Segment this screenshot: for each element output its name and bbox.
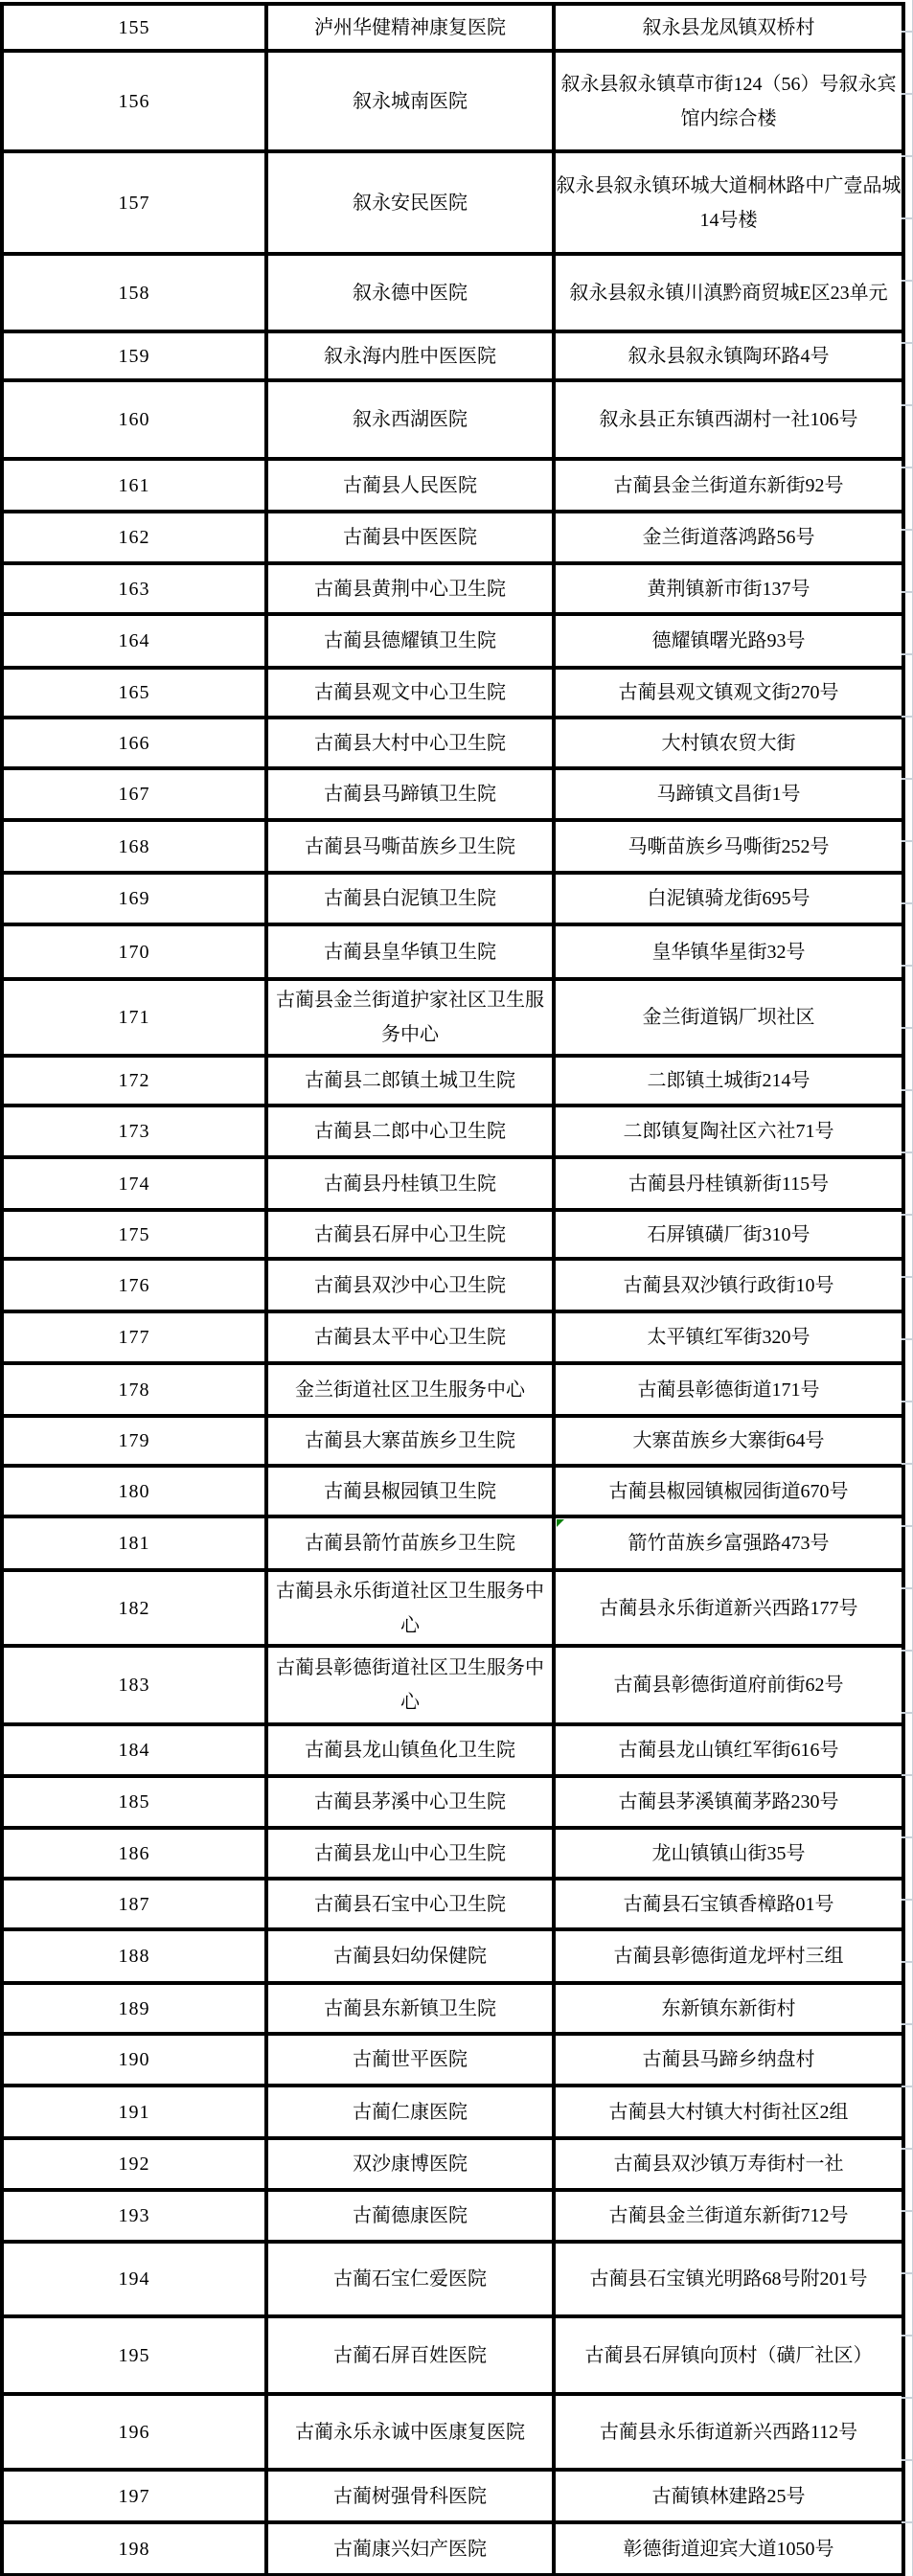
row-number-cell: 171 [2, 979, 266, 1056]
hospital-name-cell: 双沙康博医院 [266, 2138, 554, 2190]
row-number-cell: 193 [2, 2190, 266, 2242]
row-number-cell: 195 [2, 2316, 266, 2394]
hospital-table-body: 155 泸州华健精神康复医院 叙永县龙凤镇双桥村 156 叙永城南医院 叙永县叙… [2, 4, 903, 2575]
row-number-cell: 186 [2, 1828, 266, 1879]
hospital-address-cell: 德耀镇曙光路93号 [554, 614, 903, 668]
hospital-address-cell: 叙永县叙永镇川滇黔商贸城E区23单元 [554, 254, 903, 331]
row-number-cell: 158 [2, 254, 266, 331]
table-row: 195 古蔺石屏百姓医院 古蔺县石屏镇向顶村（磺厂社区） [2, 2316, 903, 2394]
hospital-address-cell: 东新镇东新街村 [554, 1983, 903, 2034]
hospital-address-cell: 古蔺县龙山镇红军街616号 [554, 1724, 903, 1776]
row-number-cell: 192 [2, 2138, 266, 2190]
row-number-cell: 170 [2, 924, 266, 979]
row-number-cell: 164 [2, 614, 266, 668]
table-row: 156 叙永城南医院 叙永县叙永镇草市街124（56）号叙永宾馆内综合楼 [2, 51, 903, 151]
row-number-cell: 165 [2, 668, 266, 718]
table-row: 171 古蔺县金兰街道护家社区卫生服务中心 金兰街道锅厂坝社区 [2, 979, 903, 1056]
row-number-cell: 177 [2, 1311, 266, 1363]
row-number-cell: 185 [2, 1776, 266, 1828]
table-row: 194 古蔺石宝仁爱医院 古蔺县石宝镇光明路68号附201号 [2, 2242, 903, 2316]
hospital-address-cell: 古蔺县石屏镇向顶村（磺厂社区） [554, 2316, 903, 2394]
table-row: 158 叙永德中医院 叙永县叙永镇川滇黔商贸城E区23单元 [2, 254, 903, 331]
hospital-address-cell: 二郎镇土城街214号 [554, 1056, 903, 1106]
hospital-name-cell: 古蔺县石宝中心卫生院 [266, 1879, 554, 1929]
table-row: 161 古蔺县人民医院 古蔺县金兰街道东新街92号 [2, 459, 903, 512]
hospital-address-cell: 叙永县叙永镇陶环路4号 [554, 331, 903, 380]
table-row: 162 古蔺县中医医院 金兰街道落鸿路56号 [2, 512, 903, 563]
hospital-address-cell: 古蔺县永乐街道新兴西路177号 [554, 1570, 903, 1646]
hospital-name-cell: 古蔺县龙山中心卫生院 [266, 1828, 554, 1879]
table-row: 191 古蔺仁康医院 古蔺县大村镇大村街社区2组 [2, 2086, 903, 2138]
row-number-cell: 155 [2, 4, 266, 51]
table-row: 177 古蔺县太平中心卫生院 太平镇红军街320号 [2, 1311, 903, 1363]
hospital-name-cell: 古蔺永乐永诚中医康复医院 [266, 2394, 554, 2470]
hospital-name-cell: 古蔺世平医院 [266, 2034, 554, 2086]
table-row: 170 古蔺县皇华镇卫生院 皇华镇华星街32号 [2, 924, 903, 979]
hospital-address-cell: 古蔺县石宝镇香樟路01号 [554, 1879, 903, 1929]
hospital-address-cell: 叙永县叙永镇草市街124（56）号叙永宾馆内综合楼 [554, 51, 903, 151]
row-number-cell: 176 [2, 1259, 266, 1311]
row-number-cell: 173 [2, 1106, 266, 1157]
hospital-name-cell: 古蔺石宝仁爱医院 [266, 2242, 554, 2316]
hospital-address-cell: 大寨苗族乡大寨街64号 [554, 1416, 903, 1466]
table-row: 190 古蔺世平医院 古蔺县马蹄乡纳盘村 [2, 2034, 903, 2086]
hospital-address-cell: 龙山镇镇山街35号 [554, 1828, 903, 1879]
row-number-cell: 178 [2, 1363, 266, 1416]
row-number-cell: 183 [2, 1646, 266, 1724]
hospital-name-cell: 叙永西湖医院 [266, 380, 554, 459]
table-row: 159 叙永海内胜中医医院 叙永县叙永镇陶环路4号 [2, 331, 903, 380]
row-number-cell: 156 [2, 51, 266, 151]
hospital-address-cell: 叙永县叙永镇环城大道桐林路中广壹品城14号楼 [554, 151, 903, 254]
row-number-cell: 163 [2, 563, 266, 614]
hospital-name-cell: 古蔺县茅溪中心卫生院 [266, 1776, 554, 1828]
row-number-cell: 159 [2, 331, 266, 380]
hospital-name-cell: 古蔺县东新镇卫生院 [266, 1983, 554, 2034]
table-row: 175 古蔺县石屏中心卫生院 石屏镇磺厂街310号 [2, 1210, 903, 1259]
table-row: 176 古蔺县双沙中心卫生院 古蔺县双沙镇行政街10号 [2, 1259, 903, 1311]
row-number-cell: 190 [2, 2034, 266, 2086]
table-row: 188 古蔺县妇幼保健院 古蔺县彰德街道龙坪村三组 [2, 1929, 903, 1983]
hospital-name-cell: 古蔺县马蹄镇卫生院 [266, 768, 554, 820]
row-number-cell: 188 [2, 1929, 266, 1983]
hospital-address-cell: 古蔺县马蹄乡纳盘村 [554, 2034, 903, 2086]
hospital-address-cell: 叙永县正东镇西湖村一社106号 [554, 380, 903, 459]
table-row: 193 古蔺德康医院 古蔺县金兰街道东新街712号 [2, 2190, 903, 2242]
row-number-cell: 172 [2, 1056, 266, 1106]
row-number-cell: 169 [2, 873, 266, 924]
table-row: 198 古蔺康兴妇产医院 彰德街道迎宾大道1050号 [2, 2522, 903, 2575]
row-number-cell: 184 [2, 1724, 266, 1776]
hospital-name-cell: 泸州华健精神康复医院 [266, 4, 554, 51]
table-row: 192 双沙康博医院 古蔺县双沙镇万寿街村一社 [2, 2138, 903, 2190]
hospital-address-cell: 黄荆镇新市街137号 [554, 563, 903, 614]
hospital-name-cell: 古蔺县德耀镇卫生院 [266, 614, 554, 668]
hospital-name-cell: 古蔺县椒园镇卫生院 [266, 1466, 554, 1516]
table-row: 182 古蔺县永乐街道社区卫生服务中心 古蔺县永乐街道新兴西路177号 [2, 1570, 903, 1646]
hospital-address-cell: 古蔺县金兰街道东新街92号 [554, 459, 903, 512]
row-number-cell: 182 [2, 1570, 266, 1646]
table-row: 185 古蔺县茅溪中心卫生院 古蔺县茅溪镇蔺茅路230号 [2, 1776, 903, 1828]
hospital-name-cell: 古蔺县白泥镇卫生院 [266, 873, 554, 924]
row-number-cell: 194 [2, 2242, 266, 2316]
hospital-address-cell: 古蔺县彰德街道龙坪村三组 [554, 1929, 903, 1983]
hospital-name-cell: 古蔺县马嘶苗族乡卫生院 [266, 820, 554, 873]
row-number-cell: 196 [2, 2394, 266, 2470]
table-row: 181 古蔺县箭竹苗族乡卫生院 箭竹苗族乡富强路473号 [2, 1516, 903, 1570]
table-row: 197 古蔺树强骨科医院 古蔺镇林建路25号 [2, 2470, 903, 2522]
table-row: 169 古蔺县白泥镇卫生院 白泥镇骑龙街695号 [2, 873, 903, 924]
row-number-cell: 180 [2, 1466, 266, 1516]
hospital-name-cell: 古蔺县箭竹苗族乡卫生院 [266, 1516, 554, 1570]
hospital-name-cell: 金兰街道社区卫生服务中心 [266, 1363, 554, 1416]
table-row: 189 古蔺县东新镇卫生院 东新镇东新街村 [2, 1983, 903, 2034]
row-number-cell: 197 [2, 2470, 266, 2522]
hospital-name-cell: 古蔺石屏百姓医院 [266, 2316, 554, 2394]
spreadsheet-table-page: 155 泸州华健精神康复医院 叙永县龙凤镇双桥村 156 叙永城南医院 叙永县叙… [0, 0, 913, 2576]
row-number-cell: 198 [2, 2522, 266, 2575]
table-row: 174 古蔺县丹桂镇卫生院 古蔺县丹桂镇新街115号 [2, 1157, 903, 1210]
table-row: 172 古蔺县二郎镇土城卫生院 二郎镇土城街214号 [2, 1056, 903, 1106]
table-row: 184 古蔺县龙山镇鱼化卫生院 古蔺县龙山镇红军街616号 [2, 1724, 903, 1776]
hospital-address-cell: 古蔺县彰德街道171号 [554, 1363, 903, 1416]
row-number-cell: 179 [2, 1416, 266, 1466]
hospital-name-cell: 古蔺县太平中心卫生院 [266, 1311, 554, 1363]
row-number-cell: 162 [2, 512, 266, 563]
hospital-address-cell: 古蔺县彰德街道府前街62号 [554, 1646, 903, 1724]
hospital-address-cell: 马蹄镇文昌街1号 [554, 768, 903, 820]
hospital-address-cell: 马嘶苗族乡马嘶街252号 [554, 820, 903, 873]
hospital-name-cell: 古蔺树强骨科医院 [266, 2470, 554, 2522]
row-number-cell: 174 [2, 1157, 266, 1210]
table-row: 155 泸州华健精神康复医院 叙永县龙凤镇双桥村 [2, 4, 903, 51]
table-row: 179 古蔺县大寨苗族乡卫生院 大寨苗族乡大寨街64号 [2, 1416, 903, 1466]
hospital-address-cell: 金兰街道落鸿路56号 [554, 512, 903, 563]
hospital-address-cell: 古蔺县双沙镇万寿街村一社 [554, 2138, 903, 2190]
table-row: 165 古蔺县观文中心卫生院 古蔺县观文镇观文街270号 [2, 668, 903, 718]
row-number-cell: 175 [2, 1210, 266, 1259]
table-row: 187 古蔺县石宝中心卫生院 古蔺县石宝镇香樟路01号 [2, 1879, 903, 1929]
row-number-cell: 168 [2, 820, 266, 873]
hospital-name-cell: 叙永安民医院 [266, 151, 554, 254]
hospital-address-cell: 皇华镇华星街32号 [554, 924, 903, 979]
hospital-name-cell: 古蔺县丹桂镇卫生院 [266, 1157, 554, 1210]
hospital-name-cell: 古蔺仁康医院 [266, 2086, 554, 2138]
hospital-address-cell: 叙永县龙凤镇双桥村 [554, 4, 903, 51]
hospital-name-cell: 古蔺县观文中心卫生院 [266, 668, 554, 718]
hospital-table: 155 泸州华健精神康复医院 叙永县龙凤镇双桥村 156 叙永城南医院 叙永县叙… [0, 2, 905, 2576]
hospital-name-cell: 古蔺县彰德街道社区卫生服务中心 [266, 1646, 554, 1724]
hospital-name-cell: 古蔺县妇幼保健院 [266, 1929, 554, 1983]
table-row: 196 古蔺永乐永诚中医康复医院 古蔺县永乐街道新兴西路112号 [2, 2394, 903, 2470]
table-row: 173 古蔺县二郎中心卫生院 二郎镇复陶社区六社71号 [2, 1106, 903, 1157]
hospital-name-cell: 叙永德中医院 [266, 254, 554, 331]
table-row: 157 叙永安民医院 叙永县叙永镇环城大道桐林路中广壹品城14号楼 [2, 151, 903, 254]
hospital-address-cell: 古蔺县金兰街道东新街712号 [554, 2190, 903, 2242]
row-number-cell: 189 [2, 1983, 266, 2034]
hospital-address-cell: 古蔺镇林建路25号 [554, 2470, 903, 2522]
cell-error-indicator-icon [557, 1519, 564, 1527]
hospital-address-cell: 白泥镇骑龙街695号 [554, 873, 903, 924]
hospital-address-cell: 古蔺县石宝镇光明路68号附201号 [554, 2242, 903, 2316]
hospital-name-cell: 古蔺县大寨苗族乡卫生院 [266, 1416, 554, 1466]
row-number-cell: 166 [2, 718, 266, 768]
hospital-name-cell: 叙永海内胜中医医院 [266, 331, 554, 380]
hospital-address-cell: 古蔺县丹桂镇新街115号 [554, 1157, 903, 1210]
hospital-name-cell: 古蔺县金兰街道护家社区卫生服务中心 [266, 979, 554, 1056]
hospital-address-cell: 古蔺县双沙镇行政街10号 [554, 1259, 903, 1311]
hospital-address-cell: 古蔺县观文镇观文街270号 [554, 668, 903, 718]
hospital-address-cell: 古蔺县永乐街道新兴西路112号 [554, 2394, 903, 2470]
hospital-address-cell: 金兰街道锅厂坝社区 [554, 979, 903, 1056]
hospital-address-cell: 古蔺县大村镇大村街社区2组 [554, 2086, 903, 2138]
hospital-name-cell: 叙永城南医院 [266, 51, 554, 151]
hospital-address-cell: 大村镇农贸大街 [554, 718, 903, 768]
row-number-cell: 157 [2, 151, 266, 254]
table-row: 160 叙永西湖医院 叙永县正东镇西湖村一社106号 [2, 380, 903, 459]
row-number-cell: 187 [2, 1879, 266, 1929]
hospital-name-cell: 古蔺县二郎中心卫生院 [266, 1106, 554, 1157]
hospital-name-cell: 古蔺县皇华镇卫生院 [266, 924, 554, 979]
spreadsheet-margin-gridlines [902, 0, 913, 2576]
table-row: 178 金兰街道社区卫生服务中心 古蔺县彰德街道171号 [2, 1363, 903, 1416]
row-number-cell: 181 [2, 1516, 266, 1570]
hospital-name-cell: 古蔺县二郎镇土城卫生院 [266, 1056, 554, 1106]
hospital-address-cell: 箭竹苗族乡富强路473号 [554, 1516, 903, 1570]
hospital-name-cell: 古蔺县黄荆中心卫生院 [266, 563, 554, 614]
table-row: 183 古蔺县彰德街道社区卫生服务中心 古蔺县彰德街道府前街62号 [2, 1646, 903, 1724]
table-row: 164 古蔺县德耀镇卫生院 德耀镇曙光路93号 [2, 614, 903, 668]
table-row: 167 古蔺县马蹄镇卫生院 马蹄镇文昌街1号 [2, 768, 903, 820]
table-row: 166 古蔺县大村中心卫生院 大村镇农贸大街 [2, 718, 903, 768]
table-row: 168 古蔺县马嘶苗族乡卫生院 马嘶苗族乡马嘶街252号 [2, 820, 903, 873]
row-number-cell: 191 [2, 2086, 266, 2138]
hospital-name-cell: 古蔺县石屏中心卫生院 [266, 1210, 554, 1259]
hospital-address-cell: 二郎镇复陶社区六社71号 [554, 1106, 903, 1157]
hospital-name-cell: 古蔺县人民医院 [266, 459, 554, 512]
hospital-name-cell: 古蔺县大村中心卫生院 [266, 718, 554, 768]
hospital-name-cell: 古蔺康兴妇产医院 [266, 2522, 554, 2575]
hospital-name-cell: 古蔺县永乐街道社区卫生服务中心 [266, 1570, 554, 1646]
row-number-cell: 160 [2, 380, 266, 459]
table-row: 186 古蔺县龙山中心卫生院 龙山镇镇山街35号 [2, 1828, 903, 1879]
table-row: 180 古蔺县椒园镇卫生院 古蔺县椒园镇椒园街道670号 [2, 1466, 903, 1516]
hospital-name-cell: 古蔺县双沙中心卫生院 [266, 1259, 554, 1311]
hospital-address-cell: 太平镇红军街320号 [554, 1311, 903, 1363]
hospital-address-cell: 古蔺县茅溪镇蔺茅路230号 [554, 1776, 903, 1828]
hospital-address-cell: 彰德街道迎宾大道1050号 [554, 2522, 903, 2575]
hospital-address-cell: 古蔺县椒园镇椒园街道670号 [554, 1466, 903, 1516]
hospital-address-cell: 石屏镇磺厂街310号 [554, 1210, 903, 1259]
table-row: 163 古蔺县黄荆中心卫生院 黄荆镇新市街137号 [2, 563, 903, 614]
row-number-cell: 167 [2, 768, 266, 820]
hospital-name-cell: 古蔺县中医医院 [266, 512, 554, 563]
row-number-cell: 161 [2, 459, 266, 512]
hospital-name-cell: 古蔺德康医院 [266, 2190, 554, 2242]
hospital-name-cell: 古蔺县龙山镇鱼化卫生院 [266, 1724, 554, 1776]
